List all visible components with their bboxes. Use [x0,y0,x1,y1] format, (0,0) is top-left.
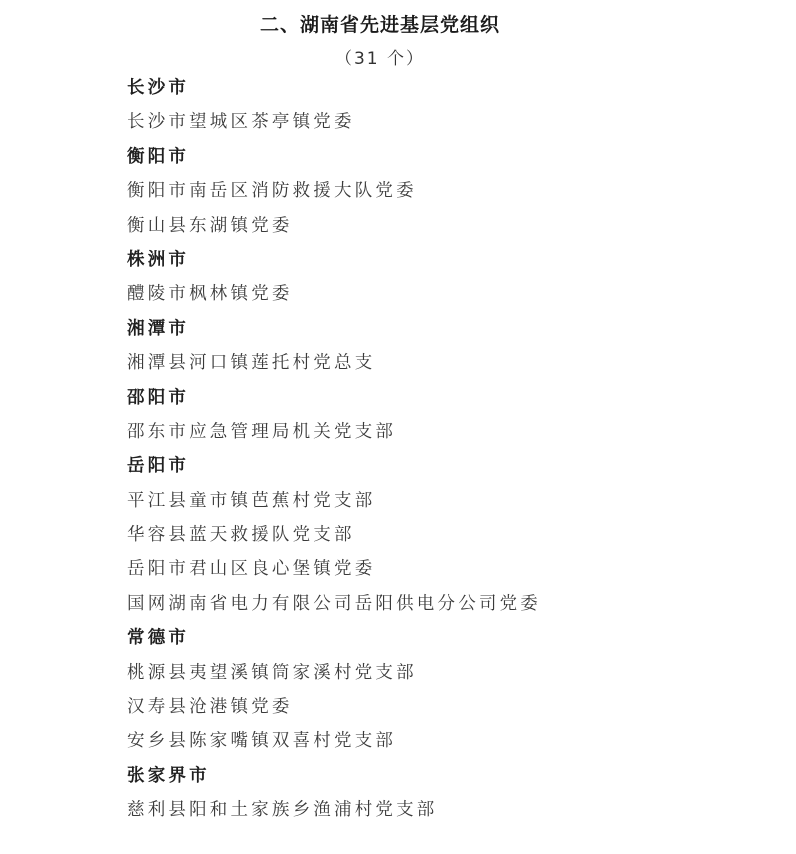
organization-item: 邵东市应急管理局机关党支部 [127,420,541,454]
organization-item: 平江县童市镇芭蕉村党支部 [127,489,541,523]
organization-item: 桃源县夷望溪镇筒家溪村党支部 [127,661,541,695]
organization-item: 华容县蓝天救援队党支部 [127,523,541,557]
city-heading: 岳阳市 [127,454,541,488]
organization-item: 衡阳市南岳区消防救援大队党委 [127,179,541,213]
city-heading: 张家界市 [127,764,541,798]
city-heading: 常德市 [127,626,541,660]
organization-item: 长沙市望城区茶亭镇党委 [127,110,541,144]
city-heading: 株洲市 [127,248,541,282]
organization-item: 醴陵市枫林镇党委 [127,282,541,316]
document-title: 二、湖南省先进基层党组织 [0,10,778,37]
city-heading: 衡阳市 [127,145,541,179]
organization-list: 长沙市 长沙市望城区茶亭镇党委 衡阳市 衡阳市南岳区消防救援大队党委 衡山县东湖… [127,76,541,833]
organization-item: 国网湖南省电力有限公司岳阳供电分公司党委 [127,592,541,626]
organization-item: 湘潭县河口镇莲托村党总支 [127,351,541,385]
city-heading: 长沙市 [127,76,541,110]
city-heading: 邵阳市 [127,386,541,420]
organization-item: 慈利县阳和土家族乡渔浦村党支部 [127,798,541,832]
organization-item: 岳阳市君山区良心堡镇党委 [127,557,541,591]
organization-item: 汉寿县沧港镇党委 [127,695,541,729]
organization-item: 安乡县陈家嘴镇双喜村党支部 [127,729,541,763]
organization-item: 衡山县东湖镇党委 [127,214,541,248]
city-heading: 湘潭市 [127,317,541,351]
organization-count: （31 个） [0,44,778,69]
